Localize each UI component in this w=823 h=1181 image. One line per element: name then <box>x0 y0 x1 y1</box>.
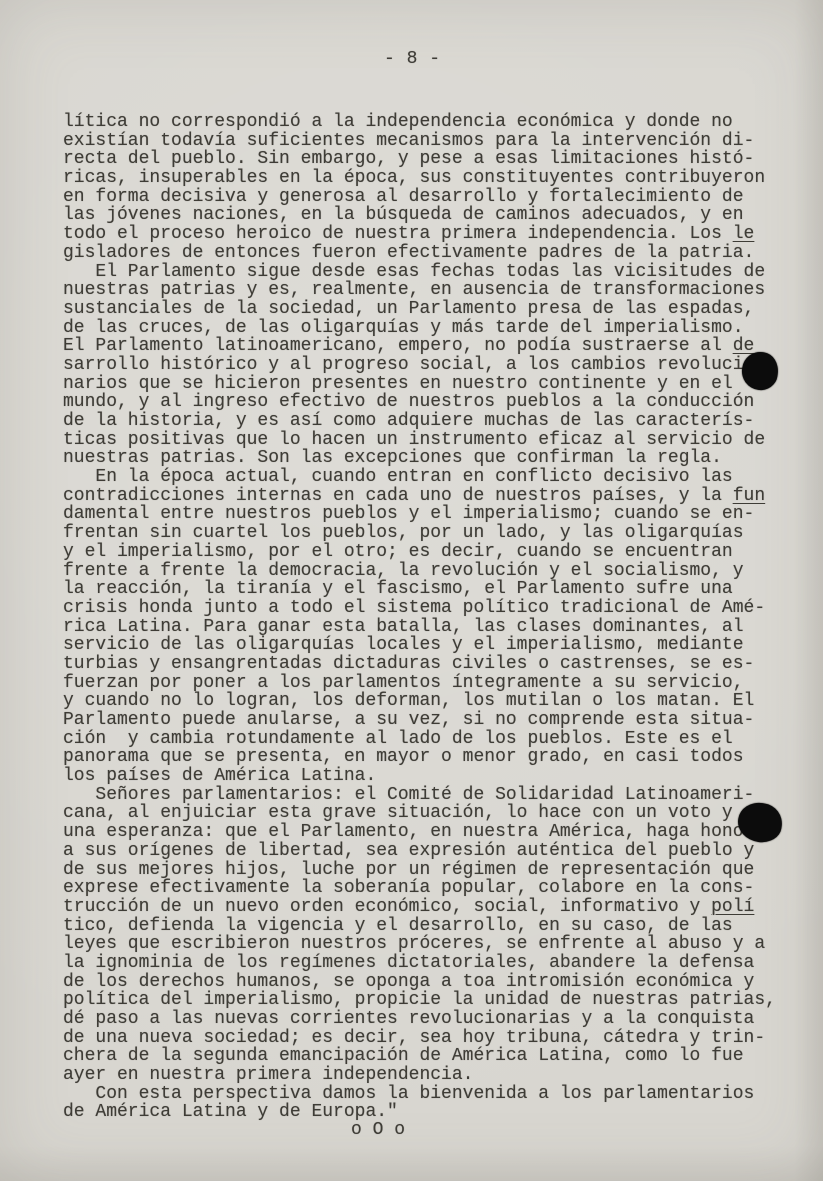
text-line: panorama que se presenta, en mayor o men… <box>63 748 783 767</box>
text-line: tico, defienda la vigencia y el desarrol… <box>63 917 783 936</box>
text-line: El Parlamento latinoamericano, empero, n… <box>63 337 783 356</box>
text-line: frente a frente la democracia, la revolu… <box>63 562 783 581</box>
text-line: Señores parlamentarios: el Comité de Sol… <box>63 786 783 805</box>
text-line: chera de la segunda emancipación de Amér… <box>63 1047 783 1066</box>
text-line: sustanciales de la sociedad, un Parlamen… <box>63 300 783 319</box>
text-line: la reacción, la tiranía y el fascismo, e… <box>63 580 783 599</box>
text-line: sarrollo histórico y al progreso social,… <box>63 356 783 375</box>
text-line: de la historia, y es así como adquiere m… <box>63 412 783 431</box>
text-line: ción y cambia rotundamente al lado de lo… <box>63 730 783 749</box>
text-line: Parlamento puede anularse, a su vez, si … <box>63 711 783 730</box>
text-line: en forma decisiva y generosa al desarrol… <box>63 188 783 207</box>
text-line: rica Latina. Para ganar esta batalla, la… <box>63 618 783 637</box>
text-line: las jóvenes naciones, en la búsqueda de … <box>63 206 783 225</box>
text-line: de una nueva sociedad; es decir, sea hoy… <box>63 1029 783 1048</box>
text-line: Con esta perspectiva damos la bienvenida… <box>63 1085 783 1104</box>
text-line: ayer en nuestra primera independencia. <box>63 1066 783 1085</box>
text-line: ticas positivas que lo hacen un instrume… <box>63 431 783 450</box>
text-line: trucción de un nuevo orden económico, so… <box>63 898 783 917</box>
text-line: gisladores de entonces fueron efectivame… <box>63 244 783 263</box>
text-line: de las cruces, de las oligarquías y más … <box>63 319 783 338</box>
text-line: mundo, y al ingreso efectivo de nuestros… <box>63 393 783 412</box>
text-line: todo el proceso heroico de nuestra prime… <box>63 225 783 244</box>
text-line: leyes que escribieron nuestros próceres,… <box>63 935 783 954</box>
text-line: servicio de las oligarquías locales y el… <box>63 636 783 655</box>
text-line: y el imperialismo, por el otro; es decir… <box>63 543 783 562</box>
text-line: de sus mejores hijos, luche por un régim… <box>63 861 783 880</box>
text-line: dé paso a las nuevas corrientes revoluci… <box>63 1010 783 1029</box>
text-line: fuerzan por poner a los parlamentos ínte… <box>63 674 783 693</box>
text-line: lítica no correspondió a la independenci… <box>63 113 783 132</box>
scanned-page: - 8 - lítica no correspondió a la indepe… <box>0 0 823 1181</box>
text-line: una esperanza: que el Parlamento, en nue… <box>63 823 783 842</box>
text-line: existían todavía suficientes mecanismos … <box>63 132 783 151</box>
text-line: En la época actual, cuando entran en con… <box>63 468 783 487</box>
document-text: lítica no correspondió a la independenci… <box>63 113 783 1122</box>
text-line: a sus orígenes de libertad, sea expresió… <box>63 842 783 861</box>
text-line: crisis honda junto a todo el sistema pol… <box>63 599 783 618</box>
text-line: de los derechos humanos, se oponga a toa… <box>63 973 783 992</box>
text-line: política del imperialismo, propicie la u… <box>63 991 783 1010</box>
text-line: contradicciones internas en cada uno de … <box>63 487 783 506</box>
text-line: los países de América Latina. <box>63 767 783 786</box>
text-line: frentan sin cuartel los pueblos, por un … <box>63 524 783 543</box>
text-line: El Parlamento sigue desde esas fechas to… <box>63 263 783 282</box>
text-line: nuestras patrias y es, realmente, en aus… <box>63 281 783 300</box>
text-line: cana, al enjuiciar esta grave situación,… <box>63 804 783 823</box>
text-line: exprese efectivamente la soberanía popul… <box>63 879 783 898</box>
text-line: nuestras patrias. Son las excepciones qu… <box>63 449 783 468</box>
text-line: ricas, insuperables en la época, sus con… <box>63 169 783 188</box>
text-line: de América Latina y de Europa." <box>63 1103 783 1122</box>
end-of-section-mark: o O o <box>351 1120 405 1140</box>
page-number: - 8 - <box>384 49 441 69</box>
text-line: narios que se hicieron presentes en nues… <box>63 375 783 394</box>
text-line: y cuando no lo logran, los deforman, los… <box>63 692 783 711</box>
text-line: recta del pueblo. Sin embargo, y pese a … <box>63 150 783 169</box>
text-line: damental entre nuestros pueblos y el imp… <box>63 505 783 524</box>
text-line: la ignominia de los regímenes dictatoria… <box>63 954 783 973</box>
text-line: turbias y ensangrentadas dictaduras civi… <box>63 655 783 674</box>
